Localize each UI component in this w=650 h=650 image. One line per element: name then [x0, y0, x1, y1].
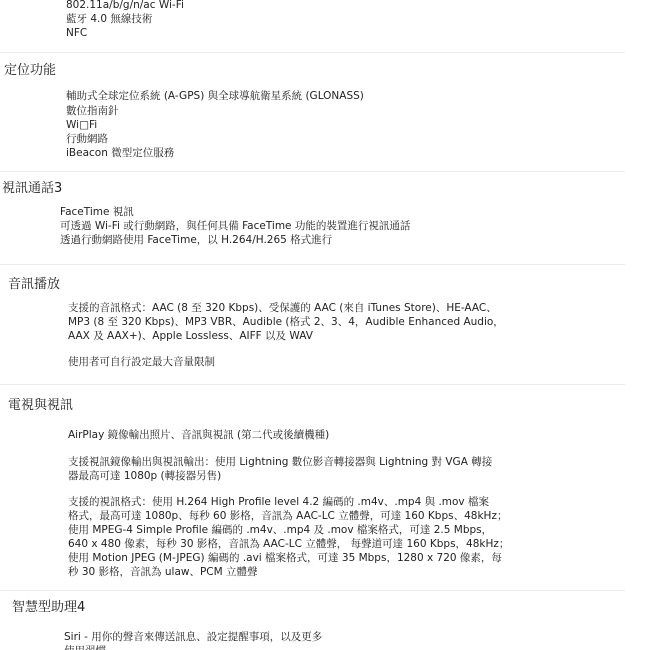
spec-line: 數位指南針: [66, 104, 119, 118]
spec-line: 透過行動網路使用 FaceTime，以 H.264/H.265 格式進行: [60, 233, 332, 247]
spec-line: 使用 Motion JPEG (M-JPEG) 編碼的 .avi 檔案格式，可達…: [68, 551, 502, 565]
section-divider: [0, 52, 625, 53]
section-divider: [0, 264, 625, 265]
spec-line: NFC: [66, 26, 87, 40]
spec-line: 802.11a/b/g/n/ac Wi-Fi: [66, 0, 184, 12]
spec-line: 藍牙 4.0 無線技術: [66, 12, 152, 26]
section-divider: [0, 384, 625, 385]
section-heading: 音訊播放: [8, 277, 60, 293]
section-heading: 視訊通話3: [2, 181, 62, 197]
spec-line: AAX 及 AAX+)、Apple Lossless、AIFF 以及 WAV: [68, 329, 313, 343]
section-divider: [0, 590, 625, 591]
spec-line: 使用 MPEG-4 Simple Profile 編碼的 .m4v、.mp4 及…: [68, 523, 492, 537]
spec-line: 支援的視訊格式：使用 H.264 High Profile level 4.2 …: [68, 495, 489, 509]
spec-line: 可透過 Wi-Fi 或行動網路，與任何具備 FaceTime 功能的裝置進行視訊…: [60, 219, 410, 233]
spec-line: 秒 30 影格，音訊為 ulaw、PCM 立體聲: [68, 565, 258, 579]
spec-line: 行動網路: [66, 132, 108, 146]
section-heading: 智慧型助理4: [12, 600, 85, 616]
spec-line: 輔助式全球定位系統 (A-GPS) 與全球導航衛星系統 (GLONASS): [66, 89, 364, 103]
spec-line: 使用習慣: [64, 644, 106, 650]
spec-line: 使用者可自行設定最大音量限制: [68, 355, 215, 369]
spec-line: AirPlay 鏡像輸出照片、音訊與視訊 (第二代或後續機種): [68, 428, 329, 442]
spec-line: Wi□Fi: [66, 118, 97, 132]
spec-line: MP3 (8 至 320 Kbps)、MP3 VBR、Audible (格式 2…: [68, 315, 504, 329]
spec-line: 支援視訊鏡像輸出與視訊輸出：使用 Lightning 數位影音轉接器與 Ligh…: [68, 455, 492, 469]
spec-line: 640 x 480 像素，每秒 30 影格，音訊為 AAC-LC 立體聲， 每聲…: [68, 537, 509, 551]
spec-line: 格式，最高可達 1080p、每秒 60 影格，音訊為 AAC-LC 立體聲，可達…: [68, 509, 507, 523]
spec-line: 支援的音訊格式：AAC (8 至 320 Kbps)、受保護的 AAC (來自 …: [68, 301, 497, 315]
spec-line: 器最高可達 1080p (轉接器另售): [68, 469, 221, 483]
section-heading: 定位功能: [4, 63, 56, 79]
section-heading: 電視與視訊: [8, 398, 73, 414]
spec-line: Siri - 用你的聲音來傳送訊息、設定提醒事項，以及更多: [64, 630, 322, 644]
spec-line: iBeacon 微型定位服務: [66, 146, 174, 160]
spec-line: FaceTime 視訊: [60, 205, 134, 219]
section-divider: [0, 171, 625, 172]
